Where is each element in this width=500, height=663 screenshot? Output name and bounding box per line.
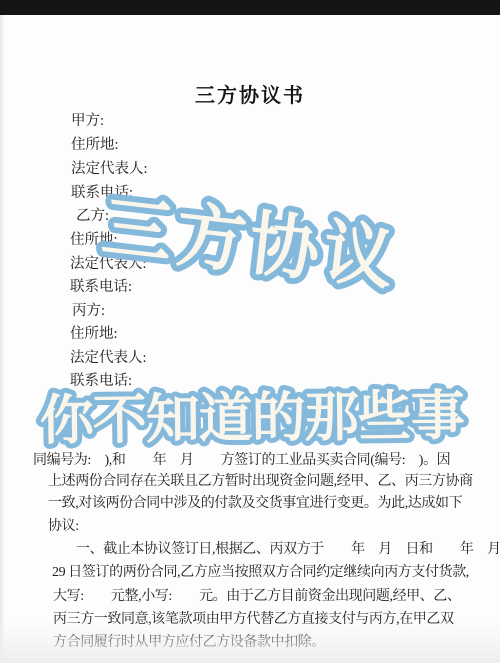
party-c-legal-rep-label: 法定代表人:	[70, 346, 147, 367]
body-paragraph-line-1: 上述两份合同存在关联且乙方暂时出现资金问题,经甲、乙、丙三方协商	[48, 470, 473, 490]
headline-overlay: 三方协议	[78, 168, 438, 313]
bottom-gray-fade	[0, 621, 500, 663]
body-paragraph-line-2: 一致,对该两份合同中涉及的付款及交货事宜进行变更。为此,达成如下	[48, 492, 462, 512]
body-clause-line-3: 大写: 元整,小写: 元。由于乙方目前资金出现问题,经甲、乙、	[53, 585, 461, 605]
party-a-name-label: 甲方:	[71, 109, 104, 130]
subline-overlay: 你不知道的那些事	[22, 382, 492, 467]
party-a-address-label: 住所地:	[71, 133, 119, 154]
document-title: 三方协议书	[0, 79, 500, 108]
body-paragraph-line-3: 协议:	[48, 515, 79, 535]
screenshot-root: 三方协议书 甲方: 住所地: 法定代表人: 联系电话: 乙方: 住所地: 法定代…	[0, 0, 500, 663]
top-black-bar	[0, 0, 500, 15]
body-clause-line-2: 29 日签订的两份合同,乙方应当按照双方合同约定继续向丙方支付货款,	[52, 561, 469, 581]
headline-overlay-text: 三方协议	[98, 185, 401, 300]
party-c-address-label: 住所地:	[70, 322, 118, 343]
subline-overlay-text: 你不知道的那些事	[39, 384, 465, 452]
page-left-edge-shadow	[0, 15, 5, 663]
body-clause-line-1: 一、截止本协议签订日,根据乙、丙双方于 年 月 日和 年 月	[50, 538, 500, 558]
